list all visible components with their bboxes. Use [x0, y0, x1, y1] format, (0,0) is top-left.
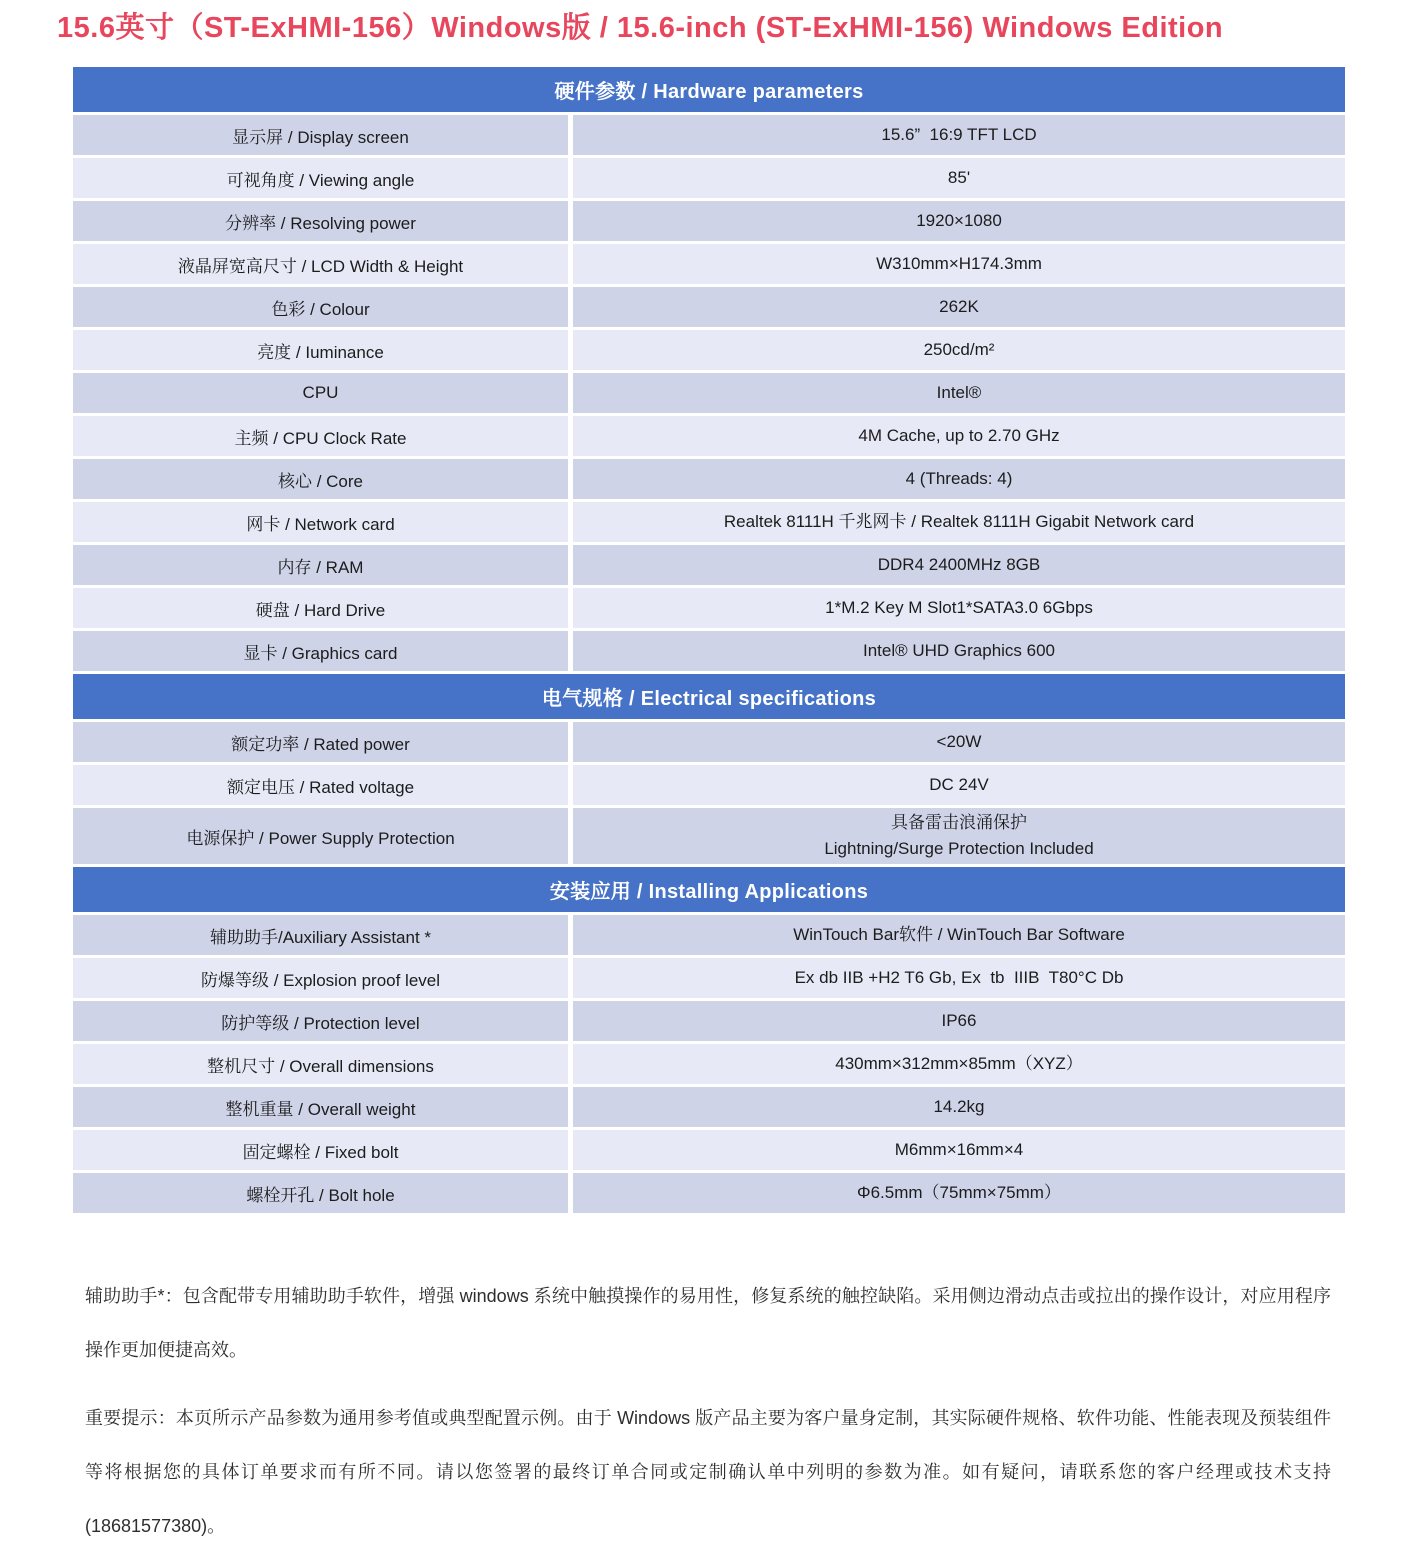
row-label: 螺栓开孔 / Bolt hole — [73, 1173, 568, 1213]
row-value-line: IP66 — [942, 1008, 977, 1034]
table-row: 色彩 / Colour262K — [73, 287, 1345, 327]
row-value-line: 250cd/m² — [924, 337, 995, 363]
table-row: 主频 / CPU Clock Rate4M Cache, up to 2.70 … — [73, 416, 1345, 456]
row-value: 250cd/m² — [573, 330, 1345, 370]
section-header: 硬件参数 / Hardware parameters — [73, 67, 1345, 112]
row-value-line: Intel® — [937, 380, 982, 406]
table-row: 显卡 / Graphics cardIntel® UHD Graphics 60… — [73, 631, 1345, 671]
row-value: WinTouch Bar软件 / WinTouch Bar Software — [573, 915, 1345, 955]
table-row: 螺栓开孔 / Bolt holeΦ6.5mm（75mm×75mm） — [73, 1173, 1345, 1213]
row-label: 主频 / CPU Clock Rate — [73, 416, 568, 456]
row-label: 分辨率 / Resolving power — [73, 201, 568, 241]
row-label: CPU — [73, 373, 568, 413]
section-header: 安装应用 / Installing Applications — [73, 867, 1345, 912]
row-value-line: 1*M.2 Key M Slot1*SATA3.0 6Gbps — [825, 595, 1093, 621]
table-row: 电源保护 / Power Supply Protection具备雷击浪涌保护Li… — [73, 808, 1345, 864]
row-label: 液晶屏宽高尺寸 / LCD Width & Height — [73, 244, 568, 284]
table-row: 网卡 / Network cardRealtek 8111H 千兆网卡 / Re… — [73, 502, 1345, 542]
row-value: 14.2kg — [573, 1087, 1345, 1127]
table-row: CPUIntel® — [73, 373, 1345, 413]
row-value: Φ6.5mm（75mm×75mm） — [573, 1173, 1345, 1213]
row-value-line: W310mm×H174.3mm — [876, 251, 1042, 277]
spec-table: 硬件参数 / Hardware parameters显示屏 / Display … — [73, 67, 1345, 1213]
row-value-line: M6mm×16mm×4 — [895, 1137, 1023, 1163]
table-row: 分辨率 / Resolving power1920×1080 — [73, 201, 1345, 241]
table-row: 硬盘 / Hard Drive1*M.2 Key M Slot1*SATA3.0… — [73, 588, 1345, 628]
row-value-line: 4M Cache, up to 2.70 GHz — [858, 423, 1059, 449]
footnote-paragraph: 重要提示：本页所示产品参数为通用参考值或典型配置示例。由于 Windows 版产… — [85, 1391, 1331, 1553]
row-value-line: 具备雷击浪涌保护 — [891, 810, 1027, 836]
row-label: 显示屏 / Display screen — [73, 115, 568, 155]
section-header: 电气规格 / Electrical specifications — [73, 674, 1345, 719]
row-value: Intel® — [573, 373, 1345, 413]
table-row: 防爆等级 / Explosion proof levelEx db IIB +H… — [73, 958, 1345, 998]
row-label: 辅助助手/Auxiliary Assistant * — [73, 915, 568, 955]
row-label: 固定螺栓 / Fixed bolt — [73, 1130, 568, 1170]
row-value-line: DDR4 2400MHz 8GB — [878, 552, 1041, 578]
row-value: 85' — [573, 158, 1345, 198]
row-value: 1920×1080 — [573, 201, 1345, 241]
row-label: 防护等级 / Protection level — [73, 1001, 568, 1041]
table-row: 核心 / Core4 (Threads: 4) — [73, 459, 1345, 499]
row-value-line: 1920×1080 — [916, 208, 1002, 234]
table-row: 固定螺栓 / Fixed boltM6mm×16mm×4 — [73, 1130, 1345, 1170]
row-value: 15.6” 16:9 TFT LCD — [573, 115, 1345, 155]
footnote-paragraph: 辅助助手*：包含配带专用辅助助手软件，增强 windows 系统中触摸操作的易用… — [85, 1269, 1331, 1377]
row-label: 电源保护 / Power Supply Protection — [73, 808, 568, 864]
table-row: 液晶屏宽高尺寸 / LCD Width & HeightW310mm×H174.… — [73, 244, 1345, 284]
row-label: 可视角度 / Viewing angle — [73, 158, 568, 198]
row-value: 430mm×312mm×85mm（XYZ） — [573, 1044, 1345, 1084]
row-value-line: 4 (Threads: 4) — [906, 466, 1013, 492]
row-label: 色彩 / Colour — [73, 287, 568, 327]
row-value-line: Ex db IIB +H2 T6 Gb, Ex tb IIIB T80°C Db — [795, 965, 1124, 991]
row-value-line: 262K — [939, 294, 979, 320]
row-value-line: Intel® UHD Graphics 600 — [863, 638, 1055, 664]
row-label: 内存 / RAM — [73, 545, 568, 585]
row-value-line: <20W — [937, 729, 982, 755]
row-value: 1*M.2 Key M Slot1*SATA3.0 6Gbps — [573, 588, 1345, 628]
row-value-line: Realtek 8111H 千兆网卡 / Realtek 8111H Gigab… — [724, 509, 1194, 535]
row-label: 显卡 / Graphics card — [73, 631, 568, 671]
row-label: 额定电压 / Rated voltage — [73, 765, 568, 805]
row-value-line: Lightning/Surge Protection Included — [824, 836, 1093, 862]
table-row: 亮度 / Iuminance250cd/m² — [73, 330, 1345, 370]
row-value-line: Φ6.5mm（75mm×75mm） — [857, 1180, 1061, 1206]
row-label: 整机重量 / Overall weight — [73, 1087, 568, 1127]
table-row: 辅助助手/Auxiliary Assistant *WinTouch Bar软件… — [73, 915, 1345, 955]
row-label: 整机尺寸 / Overall dimensions — [73, 1044, 568, 1084]
table-row: 额定功率 / Rated power<20W — [73, 722, 1345, 762]
row-value-line: 14.2kg — [933, 1094, 984, 1120]
row-value: 4 (Threads: 4) — [573, 459, 1345, 499]
row-label: 亮度 / Iuminance — [73, 330, 568, 370]
row-value: 262K — [573, 287, 1345, 327]
table-row: 整机尺寸 / Overall dimensions430mm×312mm×85m… — [73, 1044, 1345, 1084]
footnotes: 辅助助手*：包含配带专用辅助助手软件，增强 windows 系统中触摸操作的易用… — [85, 1269, 1331, 1553]
table-row: 整机重量 / Overall weight14.2kg — [73, 1087, 1345, 1127]
row-value: <20W — [573, 722, 1345, 762]
row-value-line: 15.6” 16:9 TFT LCD — [881, 122, 1036, 148]
page-title: 15.6英寸（ST-ExHMI-156）Windows版 / 15.6-inch… — [57, 8, 1415, 48]
row-value-line: DC 24V — [929, 772, 989, 798]
row-label: 防爆等级 / Explosion proof level — [73, 958, 568, 998]
row-value: 4M Cache, up to 2.70 GHz — [573, 416, 1345, 456]
row-value: M6mm×16mm×4 — [573, 1130, 1345, 1170]
row-value: W310mm×H174.3mm — [573, 244, 1345, 284]
row-value-line: WinTouch Bar软件 / WinTouch Bar Software — [793, 922, 1125, 948]
table-row: 可视角度 / Viewing angle85' — [73, 158, 1345, 198]
row-label: 网卡 / Network card — [73, 502, 568, 542]
row-value: 具备雷击浪涌保护Lightning/Surge Protection Inclu… — [573, 808, 1345, 864]
row-value: Intel® UHD Graphics 600 — [573, 631, 1345, 671]
table-row: 内存 / RAMDDR4 2400MHz 8GB — [73, 545, 1345, 585]
row-value: DDR4 2400MHz 8GB — [573, 545, 1345, 585]
table-row: 额定电压 / Rated voltageDC 24V — [73, 765, 1345, 805]
row-value: IP66 — [573, 1001, 1345, 1041]
row-value: Ex db IIB +H2 T6 Gb, Ex tb IIIB T80°C Db — [573, 958, 1345, 998]
row-label: 额定功率 / Rated power — [73, 722, 568, 762]
spec-sheet-page: 15.6英寸（ST-ExHMI-156）Windows版 / 15.6-inch… — [0, 0, 1415, 1553]
table-row: 显示屏 / Display screen15.6” 16:9 TFT LCD — [73, 115, 1345, 155]
row-value-line: 85' — [948, 165, 970, 191]
row-value-line: 430mm×312mm×85mm（XYZ） — [835, 1051, 1083, 1077]
row-label: 硬盘 / Hard Drive — [73, 588, 568, 628]
row-value: Realtek 8111H 千兆网卡 / Realtek 8111H Gigab… — [573, 502, 1345, 542]
table-row: 防护等级 / Protection levelIP66 — [73, 1001, 1345, 1041]
row-value: DC 24V — [573, 765, 1345, 805]
row-label: 核心 / Core — [73, 459, 568, 499]
